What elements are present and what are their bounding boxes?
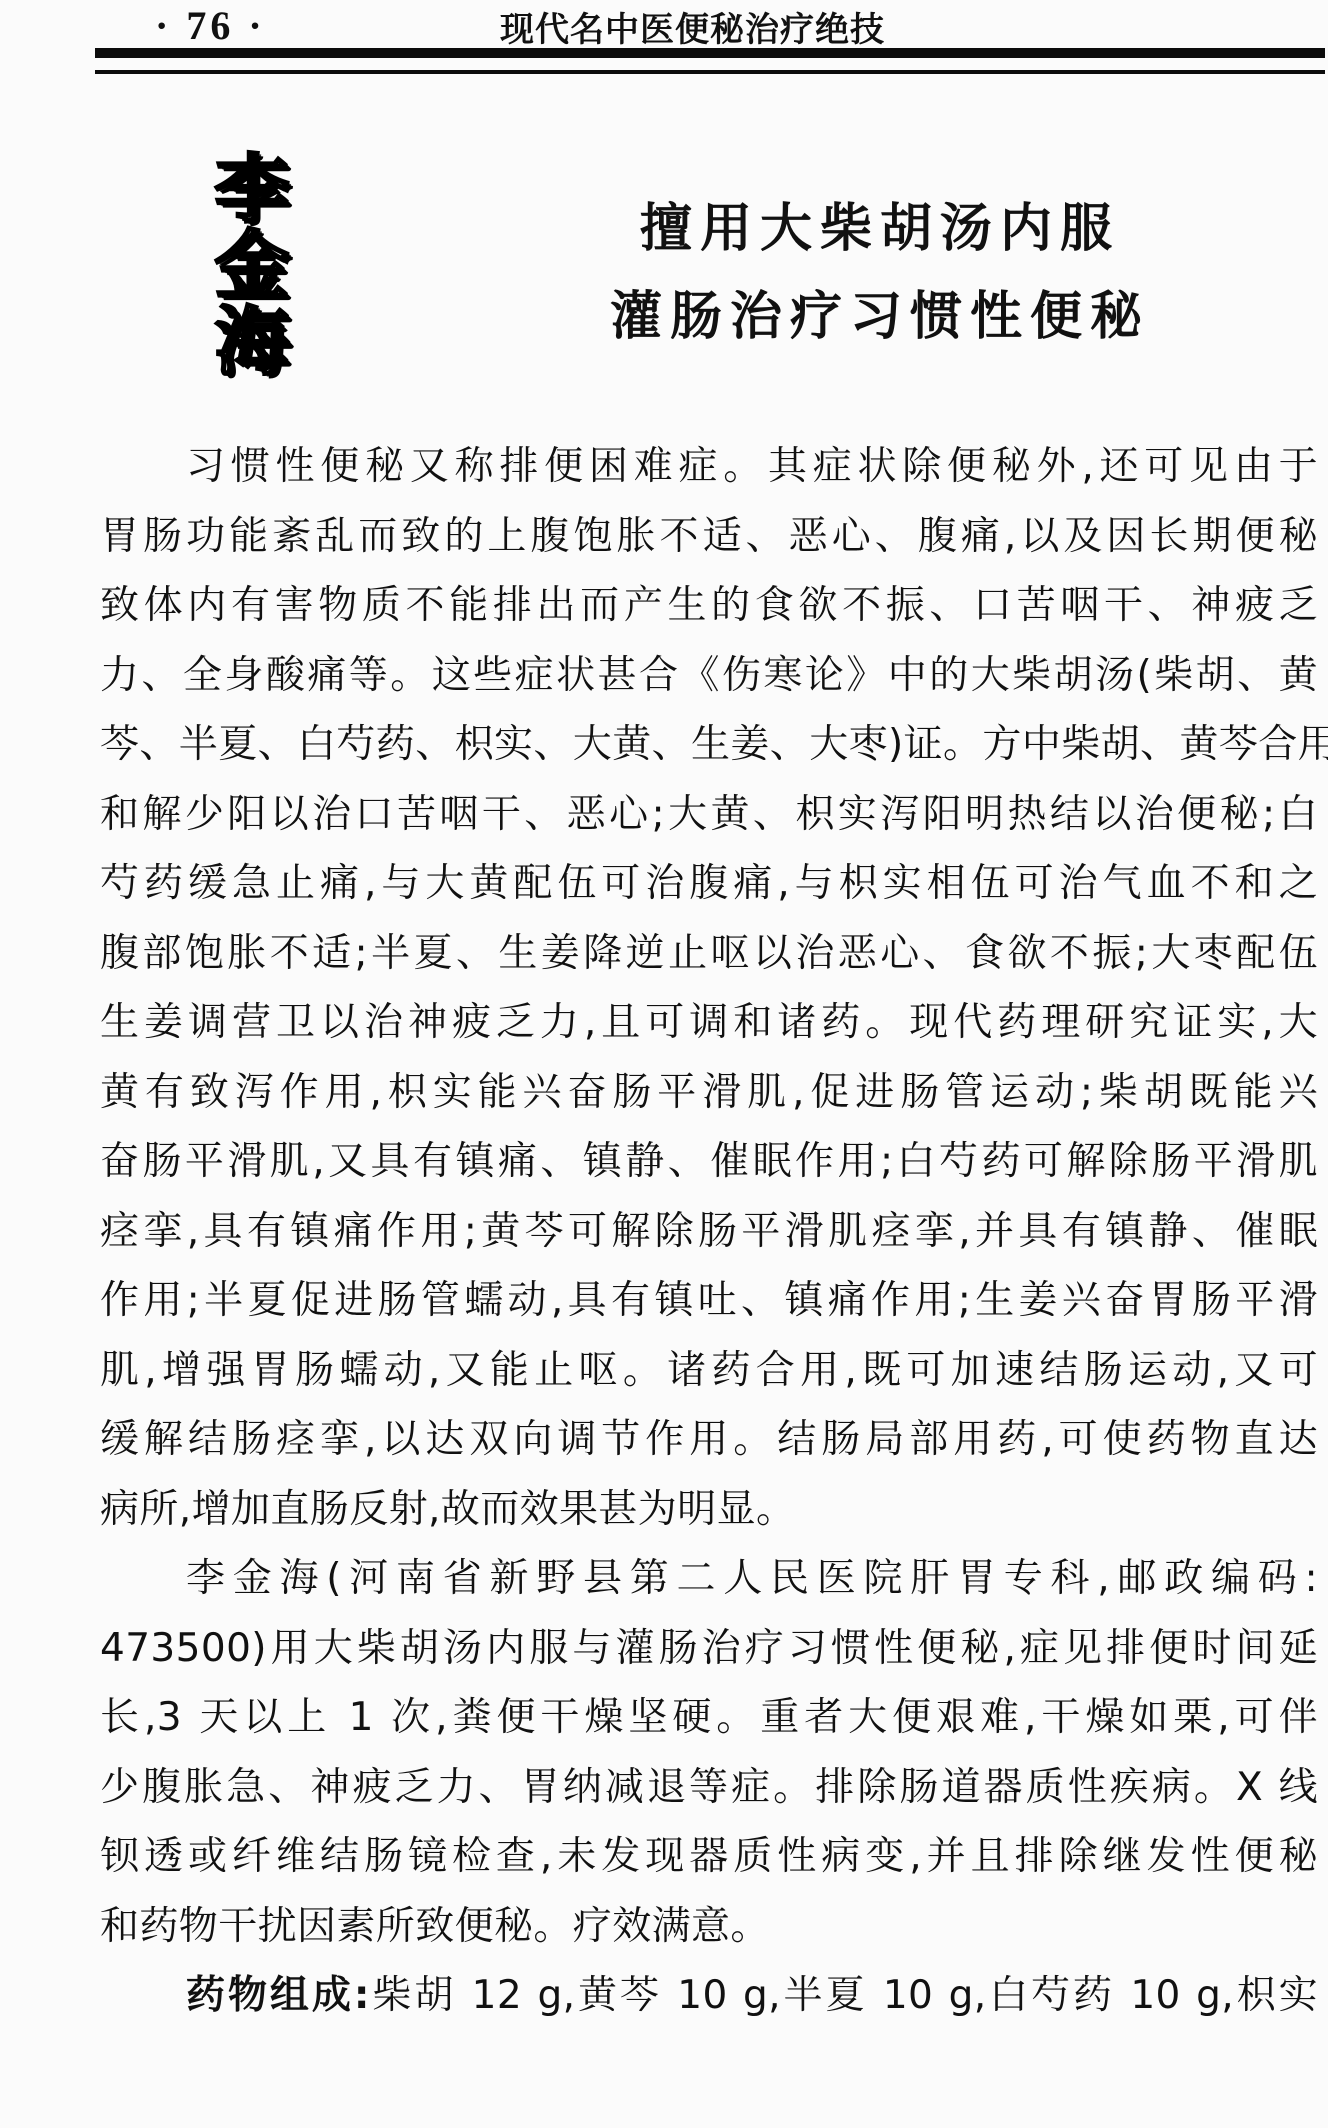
paragraph-intro: 习惯性便秘又称排便困难症。其症状除便秘外,还可见由于 胃肠功能紊乱而致的上腹饱胀…: [100, 432, 1318, 1544]
text-line: 致体内有害物质不能排出而产生的食欲不振、口苦咽干、神疲乏: [100, 571, 1318, 641]
text-line: 李金海(河南省新野县第二人民医院肝胃专科,邮政编码:: [100, 1544, 1318, 1614]
text-line: 生姜调营卫以治神疲乏力,且可调和诸药。现代药理研究证实,大: [100, 988, 1318, 1058]
text-line: 芩、半夏、白芍药、枳实、大黄、生姜、大枣)证。方中柴胡、黄芩合用: [100, 710, 1318, 780]
article-title-line-2: 灌肠治疗习惯性便秘: [560, 273, 1200, 361]
header-rule-thick: [95, 48, 1325, 58]
ingredients-text: 柴胡 12 g,黄芩 10 g,半夏 10 g,白芍药 10 g,枳实: [370, 1973, 1318, 2018]
text-line: 胃肠功能紊乱而致的上腹饱胀不适、恶心、腹痛,以及因长期便秘: [100, 502, 1318, 572]
text-line: 力、全身酸痛等。这些症状甚合《伤寒论》中的大柴胡汤(柴胡、黄: [100, 641, 1318, 711]
text-line: 痉挛,具有镇痛作用;黄芩可解除肠平滑肌痉挛,并具有镇静、催眠: [100, 1197, 1318, 1267]
text-line: 作用;半夏促进肠管蠕动,具有镇吐、镇痛作用;生姜兴奋胃肠平滑: [100, 1266, 1318, 1336]
article-title: 擅用大柴胡汤内服 灌肠治疗习惯性便秘: [560, 185, 1200, 361]
text-line: 473500)用大柴胡汤内服与灌肠治疗习惯性便秘,症见排便时间延: [100, 1614, 1318, 1684]
text-line: 习惯性便秘又称排便困难症。其症状除便秘外,还可见由于: [100, 432, 1318, 502]
paragraph-case-source: 李金海(河南省新野县第二人民医院肝胃专科,邮政编码: 473500)用大柴胡汤内…: [100, 1544, 1318, 1961]
text-line: 钡透或纤维结肠镜检查,未发现器质性病变,并且排除继发性便秘: [100, 1822, 1318, 1892]
page-number: · 76 ·: [155, 2, 266, 49]
paragraph-ingredients: 药物组成:柴胡 12 g,黄芩 10 g,半夏 10 g,白芍药 10 g,枳实: [100, 1961, 1318, 2031]
article-title-line-1: 擅用大柴胡汤内服: [560, 185, 1200, 273]
author-char: 李: [215, 152, 289, 228]
running-title: 现代名中医便秘治疗绝技: [500, 2, 885, 51]
text-line: 和解少阳以治口苦咽干、恶心;大黄、枳实泻阳明热结以治便秘;白: [100, 780, 1318, 850]
article-body: 习惯性便秘又称排便困难症。其症状除便秘外,还可见由于 胃肠功能紊乱而致的上腹饱胀…: [100, 432, 1318, 2031]
page-header: · 76 · 现代名中医便秘治疗绝技: [95, 0, 1325, 80]
text-line: 奋肠平滑肌,又具有镇痛、镇静、催眠作用;白芍药可解除肠平滑肌: [100, 1127, 1318, 1197]
text-line: 少腹胀急、神疲乏力、胃纳减退等症。排除肠道器质性疾病。X 线: [100, 1753, 1318, 1823]
text-line: 肌,增强胃肠蠕动,又能止呕。诸药合用,既可加速结肠运动,又可: [100, 1336, 1318, 1406]
text-line: 缓解结肠痉挛,以达双向调节作用。结肠局部用药,可使药物直达: [100, 1405, 1318, 1475]
header-rule-thin: [95, 70, 1325, 74]
text-line: 药物组成:柴胡 12 g,黄芩 10 g,半夏 10 g,白芍药 10 g,枳实: [100, 1961, 1318, 2031]
text-line: 和药物干扰因素所致便秘。疗效满意。: [100, 1892, 1318, 1962]
text-line: 芍药缓急止痛,与大黄配伍可治腹痛,与枳实相伍可治气血不和之: [100, 849, 1318, 919]
text-line: 长,3 天以上 1 次,粪便干燥坚硬。重者大便艰难,干燥如栗,可伴: [100, 1683, 1318, 1753]
text-line: 病所,增加直肠反射,故而效果甚为明显。: [100, 1475, 1318, 1545]
ingredients-label: 药物组成:: [186, 1973, 370, 2018]
author-char: 海: [215, 304, 289, 380]
author-char: 金: [215, 228, 289, 304]
author-name-vertical: 李 金 海: [192, 152, 312, 380]
text-line: 黄有致泻作用,枳实能兴奋肠平滑肌,促进肠管运动;柴胡既能兴: [100, 1058, 1318, 1128]
text-line: 腹部饱胀不适;半夏、生姜降逆止呕以治恶心、食欲不振;大枣配伍: [100, 919, 1318, 989]
